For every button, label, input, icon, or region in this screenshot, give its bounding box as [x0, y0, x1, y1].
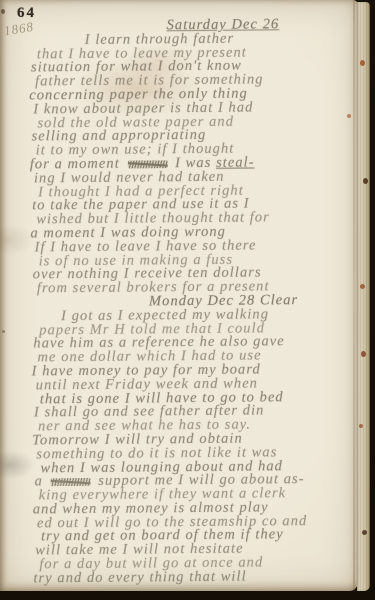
foxing-spot [362, 530, 367, 535]
handwriting-line: try and do every thing that will [33, 567, 355, 584]
handwriting-lines: Saturday Dec 26I learn through fathertha… [29, 16, 356, 584]
foxing-spot [360, 60, 365, 66]
scribbled-out-word [51, 478, 91, 486]
paper-speck [347, 114, 351, 118]
scanned-diary-photo: { "journal": { "page_number": "64", "yea… [0, 0, 375, 600]
book-fore-edge [357, 2, 370, 591]
diary-page: 64 1868 Saturday Dec 26I learn through f… [0, 0, 358, 591]
scribbled-out-word [127, 160, 167, 168]
paper-speck [1, 9, 5, 14]
foxing-spot [359, 424, 363, 428]
handwriting-line: from several brokers for a present [37, 278, 353, 295]
foxing-spot [361, 351, 366, 357]
page-edge-crease [353, 0, 355, 591]
foxing-spot [360, 284, 365, 289]
foxing-spot [363, 178, 368, 184]
paper-speck [2, 330, 5, 333]
